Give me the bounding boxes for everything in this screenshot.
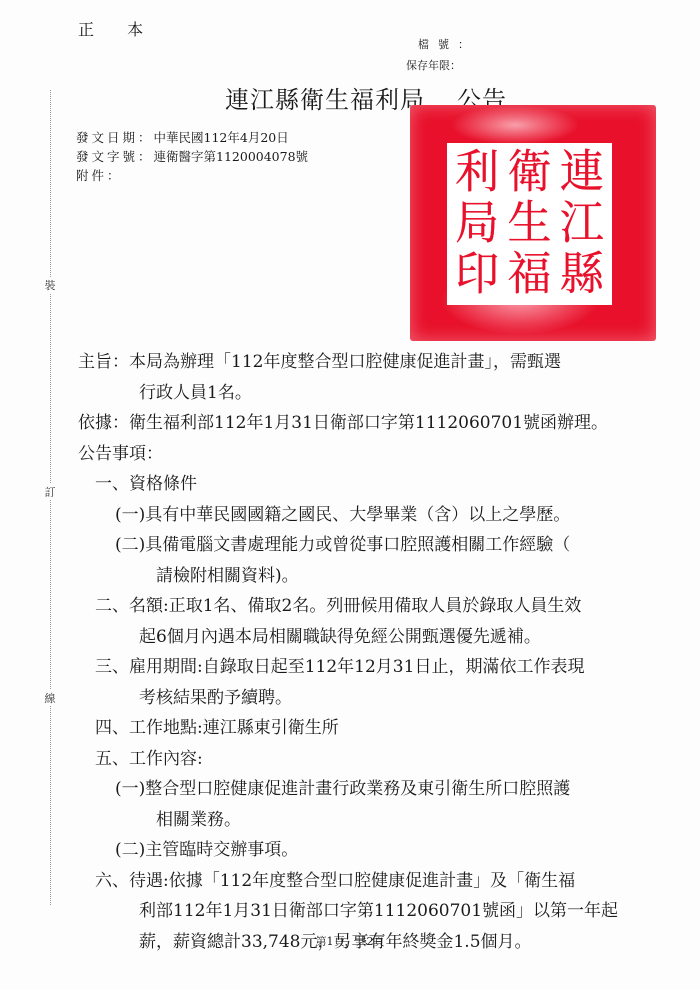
basis-text: 衛生福利部112年1月31日衛部口字第1112060701號函辦理。	[129, 413, 608, 433]
subject-label: 主旨：	[78, 352, 129, 372]
issue-date-label: 發文日期：	[76, 130, 154, 145]
section-5-heading: 五、工作內容:	[78, 744, 678, 775]
file-number-label: 檔號：	[406, 34, 478, 55]
section-1-item-2-cont: 請檢附相關資料)。	[78, 561, 678, 592]
section-6-line-1: 六、待遇:依據「112年度整合型口腔健康促進計畫」及「衛生福	[78, 866, 678, 897]
page-indicator: 第1頁，共2頁	[0, 933, 700, 949]
seal-char: 生	[507, 199, 551, 249]
seal-char: 利	[455, 147, 499, 197]
seal-char: 江	[560, 199, 604, 249]
binding-char-ding: 訂	[43, 484, 57, 500]
issue-date-row: 發文日期：中華民國112年4月20日	[76, 128, 308, 147]
seal-column-2: 衛 生 福	[503, 147, 555, 301]
section-1-heading: 一、資格條件	[78, 469, 678, 500]
items-heading: 公告事項：	[78, 439, 678, 470]
announcement-body: 主旨：本局為辦理「112年度整合型口腔健康促進計畫」，需甄選 行政人員1名。 依…	[78, 347, 678, 957]
binding-char-zhuang: 裝	[43, 277, 57, 293]
seal-char: 局	[455, 199, 499, 249]
subject-line-1: 主旨：本局為辦理「112年度整合型口腔健康促進計畫」，需甄選	[78, 347, 678, 378]
basis-label: 依據：	[78, 413, 129, 433]
subject-line-2: 行政人員1名。	[78, 378, 678, 409]
section-3-line-1: 三、雇用期間:自錄取日起至112年12月31日止，期滿依工作表現	[78, 652, 678, 683]
section-1-item-2: (二)具備電腦文書處理能力或曾從事口腔照護相關工作經驗（	[78, 530, 678, 561]
binding-char-xian: 線	[43, 690, 57, 706]
seal-char: 衛	[507, 147, 551, 197]
section-3-line-2: 考核結果酌予續聘。	[78, 683, 678, 714]
section-2-line-1: 二、名額:正取1名、備取2名。列冊候用備取人員於錄取人員生效	[78, 591, 678, 622]
seal-char: 縣	[560, 250, 604, 300]
issue-date-value: 中華民國112年4月20日	[154, 130, 289, 145]
section-1-item-1: (一)具有中華民國國籍之國民、大學畢業（含）以上之學歷。	[78, 500, 678, 531]
attachment-label: 附件：	[76, 168, 123, 183]
basis-line: 依據：衛生福利部112年1月31日衛部口字第1112060701號函辦理。	[78, 408, 678, 439]
section-4-line-1: 四、工作地點:連江縣東引衛生所	[78, 713, 678, 744]
section-6-line-2: 利部112年1月31日衛部口字第1112060701號函」以第一年起	[78, 896, 678, 927]
file-meta: 檔號： 保存年限：	[406, 34, 478, 76]
section-5-item-1-cont: 相關業務。	[78, 805, 678, 836]
retention-label: 保存年限：	[406, 55, 478, 76]
agency-name: 連江縣衛生福利局	[225, 86, 425, 114]
seal-column-1: 連 江 縣	[556, 147, 608, 301]
seal-char: 福	[507, 250, 551, 300]
original-copy-mark: 正 本	[78, 17, 157, 40]
seal-char: 印	[455, 250, 499, 300]
issue-number-row: 發文字號：連衛醫字第1120004078號	[76, 147, 308, 166]
section-5-item-2: (二)主管臨時交辦事項。	[78, 835, 678, 866]
official-seal-stamp: 連 江 縣 衛 生 福 利 局 印	[410, 105, 656, 341]
section-2-line-2: 起6個月內遇本局相關職缺得免經公開甄選優先遞補。	[78, 622, 678, 653]
issue-number-value: 連衛醫字第1120004078號	[154, 149, 309, 164]
seal-char: 連	[560, 147, 604, 197]
issue-info: 發文日期：中華民國112年4月20日 發文字號：連衛醫字第1120004078號…	[76, 128, 308, 185]
subject-text: 本局為辦理「112年度整合型口腔健康促進計畫」，需甄選	[129, 352, 561, 372]
attachment-row: 附件：	[76, 166, 308, 185]
seal-column-3: 利 局 印	[451, 147, 503, 301]
section-5-item-1: (一)整合型口腔健康促進計畫行政業務及東引衛生所口腔照護	[78, 774, 678, 805]
document-page: 正 本 檔號： 保存年限： 裝 訂 線 連江縣衛生福利局公告 發文日期：中華民國…	[0, 0, 700, 990]
seal-inner-field: 連 江 縣 衛 生 福 利 局 印	[447, 143, 612, 305]
issue-number-label: 發文字號：	[76, 149, 154, 164]
